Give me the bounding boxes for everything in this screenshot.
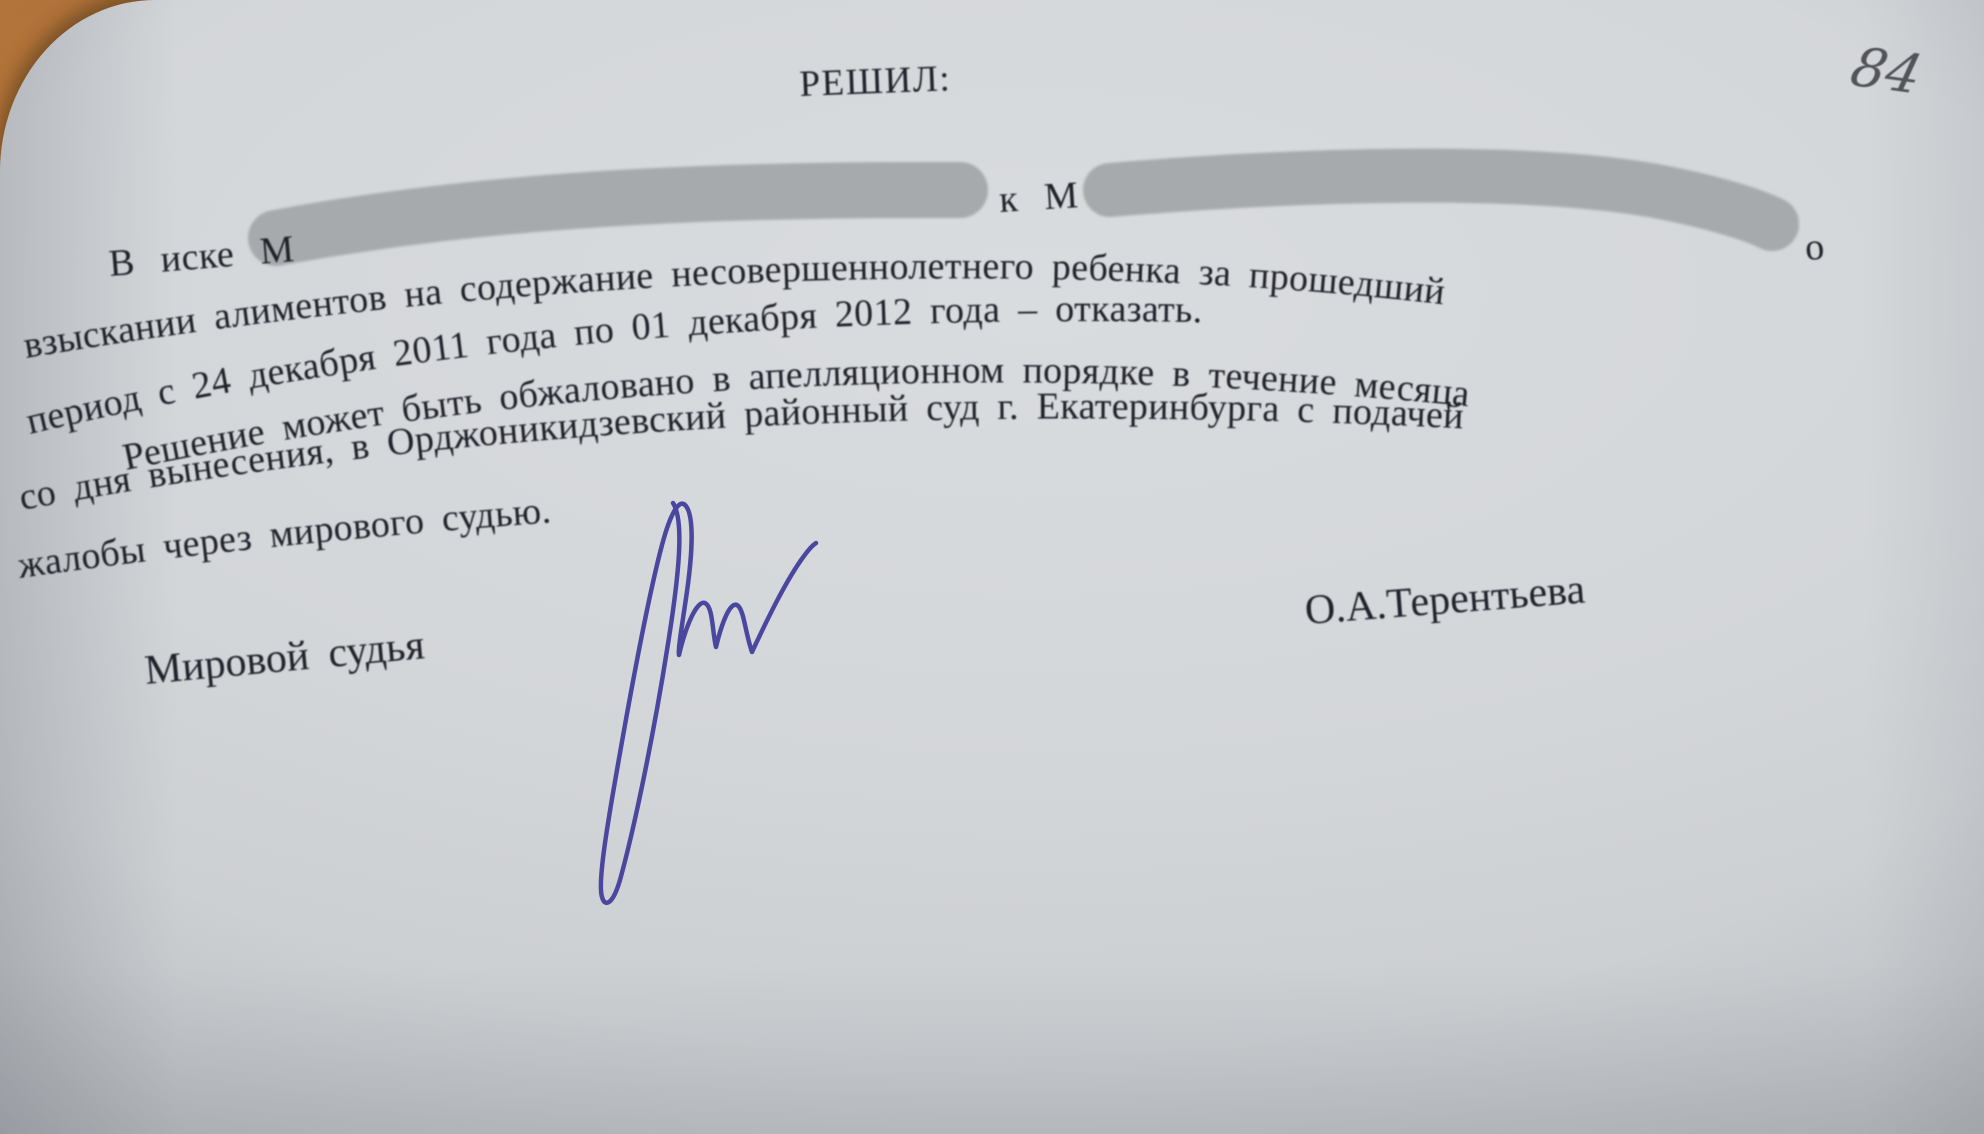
judge-signature (601, 503, 816, 903)
redaction-bar-plaintiff-name (276, 190, 960, 238)
appeal-line2: со дня вынесения, в Орджоникидзевский ра… (16, 386, 1465, 519)
judge-name-label: О.А.Терентьева (1303, 567, 1587, 634)
ruling-line1-right: о (1803, 226, 1825, 269)
judge-role-label: Мировой судья (143, 622, 427, 694)
document-title: РЕШИЛ: (799, 58, 952, 105)
ruling-line1-middle: к М (998, 174, 1080, 221)
redaction-bar-defendant-name (1110, 176, 1772, 224)
handwritten-page-number: 84 (1845, 35, 1928, 106)
document-photo: РЕШИЛ: В иске М к М о взыскании алименто… (0, 0, 1984, 1134)
document-text-layer: РЕШИЛ: В иске М к М о взыскании алименто… (0, 0, 1984, 1134)
ruling-line1-left: В иске М (107, 228, 296, 285)
